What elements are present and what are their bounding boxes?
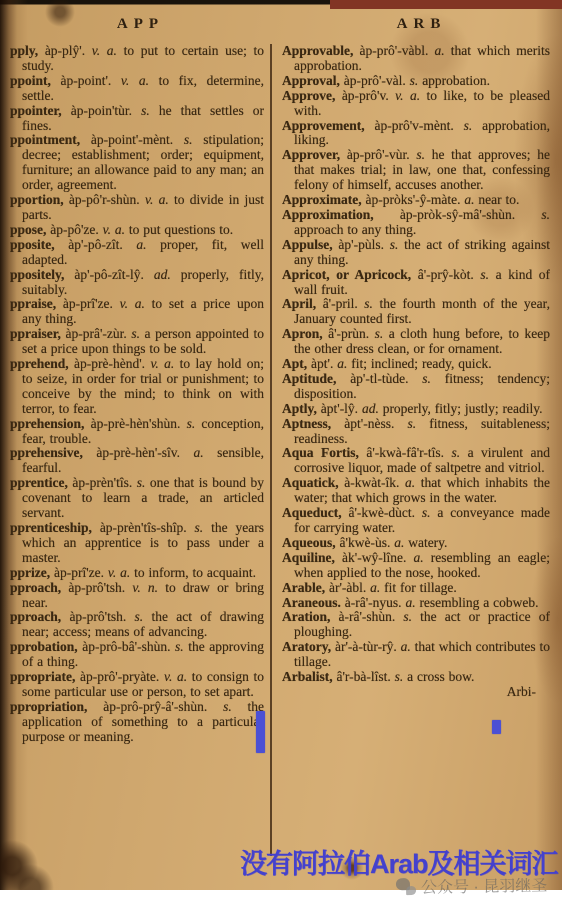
entry-part-of-speech: s. [464, 118, 473, 133]
entry-headword: pprehend, [10, 356, 69, 371]
column-right: Approvable, àp-prô'-vàbl. a. that which … [282, 44, 550, 858]
dictionary-entry: Approvable, àp-prô'-vàbl. a. that which … [282, 44, 550, 74]
entry-part-of-speech: a. [370, 580, 380, 595]
dictionary-entry: ppointment, àp-point'-mènt. s. stipulati… [10, 133, 264, 193]
entry-headword: Aptly, [282, 401, 317, 416]
dictionary-entry: Aquiline, àk'-wŷ-lîne. a. resembling an … [282, 551, 550, 581]
dictionary-entry: pproach, àp-prô'tsh. s. the act of drawi… [10, 610, 264, 640]
dictionary-entry: pprentice, àp-prèn'tîs. s. one that is b… [10, 476, 264, 521]
dictionary-entry: ppraiser, àp-prâ'-zùr. s. a person appoi… [10, 327, 264, 357]
entry-part-of-speech: a. [337, 356, 347, 371]
dictionary-entry: Approvement, àp-prô'v-mènt. s. approbati… [282, 119, 550, 149]
entry-part-of-speech: a. [413, 550, 423, 565]
dictionary-entry: Approximation, àp-pròk-sŷ-mâ'-shùn. s. a… [282, 208, 550, 238]
blue-marker-cursor-tall[interactable] [256, 711, 265, 753]
entry-headword: Aqua Fortis, [282, 445, 359, 460]
entry-definition: the act of striking against any thing. [294, 237, 550, 267]
wechat-icon [396, 878, 416, 895]
entry-part-of-speech: ad. [362, 401, 379, 416]
entry-part-of-speech: a. [405, 475, 415, 490]
entry-part-of-speech: s. [403, 609, 412, 624]
entry-pronunciation: àp'-pùls. [338, 237, 384, 252]
dictionary-entry: ppointer, àp-poin'tùr. s. he that settle… [10, 104, 264, 134]
entry-pronunciation: àp-plŷ'. [45, 44, 85, 58]
entry-pronunciation: àp-pròk-sŷ-mâ'-shùn. [400, 207, 515, 222]
dictionary-entry: ppose, àp-pô'ze. v. a. to put questions … [10, 223, 264, 238]
entry-part-of-speech: v. a. [120, 296, 145, 311]
dictionary-entry: pprobation, àp-prô-bâ'-shùn. s. the appr… [10, 640, 264, 670]
entry-pronunciation: àp-prî'ze. [63, 296, 113, 311]
dictionary-entry: Aqua Fortis, â'-kwà-fâ'r-tîs. s. a virul… [282, 446, 550, 476]
entry-headword: Approvement, [282, 118, 365, 133]
watermark-text: 公众号 · 昆羽继圣 [421, 873, 548, 898]
entry-part-of-speech: v. a. [121, 73, 149, 88]
entry-headword: ppose, [10, 222, 46, 237]
entry-part-of-speech: s. [410, 73, 419, 88]
entry-headword: Apt, [282, 356, 307, 371]
dictionary-entry: Araneous. à-râ'-nyus. a. resembling a co… [282, 596, 550, 611]
dictionary-entry: Aptitude, àp'-tl-tùde. s. fitness; tende… [282, 372, 550, 402]
entry-definition: approach to any thing. [294, 222, 416, 237]
dictionary-entry: pposite, àp'-pô-zît. a. proper, fit, wel… [10, 238, 264, 268]
guide-word-left: APP [0, 16, 281, 33]
entry-part-of-speech: s. [135, 609, 144, 624]
entry-headword: Arbalist, [282, 669, 333, 684]
entry-pronunciation: àp-pròks'-ŷ-màte. [366, 192, 461, 207]
screenshot-root: APP ARB pply, àp-plŷ'. v. a. to put to c… [0, 0, 562, 906]
entry-headword: Araneous. [282, 595, 341, 610]
dictionary-entry: Approver, àp-prô'-vùr. s. he that approv… [282, 148, 550, 193]
entry-pronunciation: àp-point'. [61, 73, 112, 88]
entry-definition: fit for tillage. [384, 580, 457, 595]
entry-definition: near to. [478, 192, 519, 207]
entry-part-of-speech: s. [195, 520, 204, 535]
text-columns: pply, àp-plŷ'. v. a. to put to certain u… [10, 44, 554, 858]
entry-pronunciation: àp-prô'-vàbl. [360, 44, 429, 58]
entry-pronunciation: àk'-wŷ-lîne. [342, 550, 406, 565]
entry-pronunciation: â'-prùn. [328, 326, 369, 341]
entry-definition: the act or practice of ploughing. [294, 609, 550, 639]
dictionary-entry: Aqueduct, â'-kwè-dùct. s. a conveyance m… [282, 506, 550, 536]
entry-part-of-speech: a. [434, 44, 444, 58]
entry-pronunciation: àp'-tl-tùde. [350, 371, 408, 386]
dictionary-entry: Apricot, or Apricock, â'-prŷ-kòt. s. a k… [282, 268, 550, 298]
entry-headword: Approvable, [282, 44, 353, 58]
dictionary-entry: Approximate, àp-pròks'-ŷ-màte. a. near t… [282, 193, 550, 208]
dictionary-entry: ppraise, àp-prî'ze. v. a. to set a price… [10, 297, 264, 327]
entry-headword: Approver, [282, 147, 340, 162]
entry-pronunciation: àp-prô'v. [342, 88, 389, 103]
entry-headword: Approval, [282, 73, 340, 88]
entry-part-of-speech: s. [451, 445, 460, 460]
entry-pronunciation: àp-prô'v-mènt. [375, 118, 454, 133]
entry-part-of-speech: s. [480, 267, 489, 282]
entry-pronunciation: àr'-àbl. [329, 580, 366, 595]
entry-part-of-speech: v. a. [164, 669, 187, 684]
entry-pronunciation: â'-kwè-dùct. [349, 505, 416, 520]
entry-headword: Aqueous, [282, 535, 336, 550]
entry-pronunciation: â'r-bà-lîst. [337, 669, 391, 684]
dictionary-entry: pprenticeship, àp-prèn'tîs-shîp. s. the … [10, 521, 264, 566]
entry-headword: pprehensive, [10, 445, 83, 460]
dictionary-entry: Aquatick, à-kwàt-îk. a. that which inhab… [282, 476, 550, 506]
entry-headword: pprize, [10, 565, 50, 580]
entry-part-of-speech: s. [407, 416, 416, 431]
entry-headword: pposite, [10, 237, 55, 252]
dictionary-entry: Apt, àpt'. a. fit; inclined; ready, quic… [282, 357, 550, 372]
entry-definition: to inform, to acquaint. [134, 565, 256, 580]
entry-part-of-speech: v. a. [92, 44, 117, 58]
entry-headword: pprehension, [10, 416, 84, 431]
dictionary-entry: ppositely, àp'-pô-zît-lŷ. ad. properly, … [10, 268, 264, 298]
entry-headword: Aptitude, [282, 371, 336, 386]
entry-headword: Approximation, [282, 207, 374, 222]
entry-pronunciation: â'-prŷ-kòt. [418, 267, 474, 282]
dictionary-entry: pprize, àp-prî'ze. v. a. to inform, to a… [10, 566, 264, 581]
entry-headword: pprenticeship, [10, 520, 92, 535]
entry-headword: Aration, [282, 609, 330, 624]
entry-pronunciation: àp-pô'ze. [50, 222, 99, 237]
entry-headword: Aqueduct, [282, 505, 342, 520]
dictionary-entry: pproach, àp-prô'tsh. v. n. to draw or br… [10, 581, 264, 611]
entry-part-of-speech: v. a. [103, 222, 125, 237]
entry-part-of-speech: s. [175, 639, 184, 654]
dictionary-entry: April, â'-pril. s. the fourth month of t… [282, 297, 550, 327]
dictionary-entry: Appulse, àp'-pùls. s. the act of strikin… [282, 238, 550, 268]
entry-pronunciation: àp'-pô-zît. [68, 237, 123, 252]
entry-part-of-speech: v. n. [132, 580, 158, 595]
entry-part-of-speech: s. [422, 371, 431, 386]
entry-pronunciation: àp-prî'ze. [54, 565, 104, 580]
entry-pronunciation: àp-prô-bâ'-shùn. [82, 639, 170, 654]
dictionary-entry: ppropriation, àp-prô-prŷ-â'-shùn. s. the… [10, 700, 264, 745]
entry-headword: Apricot, or Apricock, [282, 267, 411, 282]
entry-pronunciation: àp-prèn'tîs-shîp. [100, 520, 187, 535]
entry-definition: a cross bow. [407, 669, 474, 684]
entry-part-of-speech: s. [364, 296, 373, 311]
entry-part-of-speech: s. [131, 326, 140, 341]
catchword: Arbi- [282, 685, 550, 700]
entry-part-of-speech: s. [422, 505, 431, 520]
entry-headword: Aptness, [282, 416, 331, 431]
entry-part-of-speech: a. [401, 639, 411, 654]
entry-headword: ppropriation, [10, 699, 87, 714]
entry-headword: pproach, [10, 580, 61, 595]
dictionary-entry: pportion, àp-pô'r-shùn. v. a. to divide … [10, 193, 264, 223]
entry-pronunciation: àp-poin'tùr. [71, 103, 132, 118]
entry-part-of-speech: s. [416, 147, 425, 162]
entry-part-of-speech: a. [464, 192, 474, 207]
entry-pronunciation: â'kwè-ùs. [340, 535, 391, 550]
entry-pronunciation: â'-pril. [323, 296, 358, 311]
entry-pronunciation: àp'-pô-zît-lŷ. [74, 267, 144, 282]
entry-definition: that which contributes to tillage. [294, 639, 550, 669]
guide-word-right: ARB [281, 16, 562, 33]
entry-headword: pprobation, [10, 639, 78, 654]
entry-pronunciation: à-râ'-shùn. [338, 609, 395, 624]
entry-definition: fitness, suitableness; readiness. [294, 416, 550, 446]
entry-headword: Aratory, [282, 639, 331, 654]
entry-pronunciation: àp-prô'tsh. [69, 609, 126, 624]
entry-pronunciation: àp-prô'tsh. [68, 580, 125, 595]
watermark: 公众号 · 昆羽继圣 [396, 873, 548, 899]
entry-pronunciation: àp-prè-hèn'-sîv. [96, 445, 180, 460]
entry-headword: ppropriate, [10, 669, 75, 684]
entry-part-of-speech: v. a. [145, 192, 169, 207]
entry-pronunciation: àp-prô'-vàl. [344, 73, 406, 88]
entry-headword: pportion, [10, 192, 64, 207]
entry-part-of-speech: s. [390, 237, 399, 252]
entry-part-of-speech: s. [141, 103, 150, 118]
entry-part-of-speech: s. [184, 132, 193, 147]
entry-headword: Arable, [282, 580, 325, 595]
blue-marker-cursor-small[interactable] [492, 720, 501, 734]
entry-headword: pprentice, [10, 475, 68, 490]
entry-headword: Appulse, [282, 237, 333, 252]
entry-part-of-speech: a. [194, 445, 204, 460]
entry-headword: Apron, [282, 326, 323, 341]
entry-definition: resembling a cobweb. [419, 595, 538, 610]
dictionary-entry: pply, àp-plŷ'. v. a. to put to certain u… [10, 44, 264, 74]
entry-part-of-speech: v. a. [395, 88, 420, 103]
entry-headword: April, [282, 296, 316, 311]
entry-headword: pproach, [10, 609, 61, 624]
entry-part-of-speech: s. [395, 669, 404, 684]
entry-headword: Approximate, [282, 192, 362, 207]
dictionary-entry: ppropriate, àp-prô'-pryàte. v. a. to con… [10, 670, 264, 700]
entry-part-of-speech: a. [394, 535, 404, 550]
entry-part-of-speech: ad. [154, 267, 171, 282]
entry-headword: Approve, [282, 88, 335, 103]
entry-pronunciation: àpt'-lŷ. [321, 401, 358, 416]
entry-pronunciation: à-kwàt-îk. [344, 475, 399, 490]
entry-headword: Aquatick, [282, 475, 339, 490]
entry-headword: Aquiline, [282, 550, 335, 565]
entry-part-of-speech: v. a. [150, 356, 174, 371]
entry-part-of-speech: s. [223, 699, 232, 714]
entry-pronunciation: àp-prè-hèn'shùn. [91, 416, 181, 431]
dictionary-page-scan: APP ARB pply, àp-plŷ'. v. a. to put to c… [0, 0, 562, 890]
entry-definition: fit; inclined; ready, quick. [351, 356, 491, 371]
entry-part-of-speech: s. [541, 207, 550, 222]
entry-headword: ppraise, [10, 296, 56, 311]
entry-part-of-speech: a. [405, 595, 415, 610]
dictionary-entry: pprehension, àp-prè-hèn'shùn. s. concept… [10, 417, 264, 447]
dictionary-entry: Approval, àp-prô'-vàl. s. approbation. [282, 74, 550, 89]
entry-headword: ppositely, [10, 267, 64, 282]
entry-pronunciation: àp-prâ'-zùr. [65, 326, 126, 341]
dictionary-entry: Aqueous, â'kwè-ùs. a. watery. [282, 536, 550, 551]
dictionary-entry: Aptness, àpt'-nèss. s. fitness, suitable… [282, 417, 550, 447]
entry-pronunciation: â'-kwà-fâ'r-tîs. [366, 445, 444, 460]
entry-part-of-speech: s. [137, 475, 146, 490]
column-left: pply, àp-plŷ'. v. a. to put to certain u… [10, 44, 264, 858]
entry-headword: pply, [10, 44, 38, 58]
entry-definition: properly, fitly; justly; readily. [383, 401, 543, 416]
entry-pronunciation: àp-prè-hènd'. [74, 356, 145, 371]
entry-part-of-speech: s. [187, 416, 196, 431]
dictionary-entry: Arbalist, â'r-bà-lîst. s. a cross bow. [282, 670, 550, 685]
guide-words-row: APP ARB [0, 16, 562, 33]
entry-pronunciation: àp-prô'-pryàte. [80, 669, 159, 684]
dictionary-entry: Aratory, àr'-à-tùr-rŷ. a. that which con… [282, 640, 550, 670]
entry-pronunciation: à-râ'-nyus. [345, 595, 402, 610]
dictionary-entry: Arable, àr'-àbl. a. fit for tillage. [282, 581, 550, 596]
entry-part-of-speech: v. a. [108, 565, 130, 580]
entry-definition: to put questions to. [129, 222, 233, 237]
entry-pronunciation: àp-prô-prŷ-â'-shùn. [103, 699, 207, 714]
entry-headword: ppoint, [10, 73, 51, 88]
dictionary-entry: Approve, àp-prô'v. v. a. to like, to be … [282, 89, 550, 119]
dictionary-entry: Apron, â'-prùn. s. a cloth hung before, … [282, 327, 550, 357]
entry-definition: approbation. [422, 73, 490, 88]
dictionary-entry: ppoint, àp-point'. v. a. to fix, determi… [10, 74, 264, 104]
entry-part-of-speech: a. [136, 237, 146, 252]
entry-pronunciation: àp-prèn'tîs. [72, 475, 132, 490]
entry-pronunciation: àr'-à-tùr-rŷ. [335, 639, 397, 654]
top-red-strip [330, 0, 562, 9]
entry-pronunciation: àp-point'-mènt. [91, 132, 173, 147]
entry-pronunciation: àpt'. [311, 356, 333, 371]
dictionary-entry: pprehensive, àp-prè-hèn'-sîv. a. sensibl… [10, 446, 264, 476]
entry-headword: ppointment, [10, 132, 80, 147]
entry-part-of-speech: s. [375, 326, 384, 341]
dictionary-entry: Aptly, àpt'-lŷ. ad. properly, fitly; jus… [282, 402, 550, 417]
dictionary-entry: Aration, à-râ'-shùn. s. the act or pract… [282, 610, 550, 640]
entry-definition: watery. [408, 535, 447, 550]
entry-headword: ppointer, [10, 103, 62, 118]
entry-pronunciation: àp-pô'r-shùn. [69, 192, 140, 207]
entry-pronunciation: àp-prô'-vùr. [347, 147, 410, 162]
entry-headword: ppraiser, [10, 326, 61, 341]
entry-pronunciation: àpt'-nèss. [344, 416, 394, 431]
dictionary-entry: pprehend, àp-prè-hènd'. v. a. to lay hol… [10, 357, 264, 417]
